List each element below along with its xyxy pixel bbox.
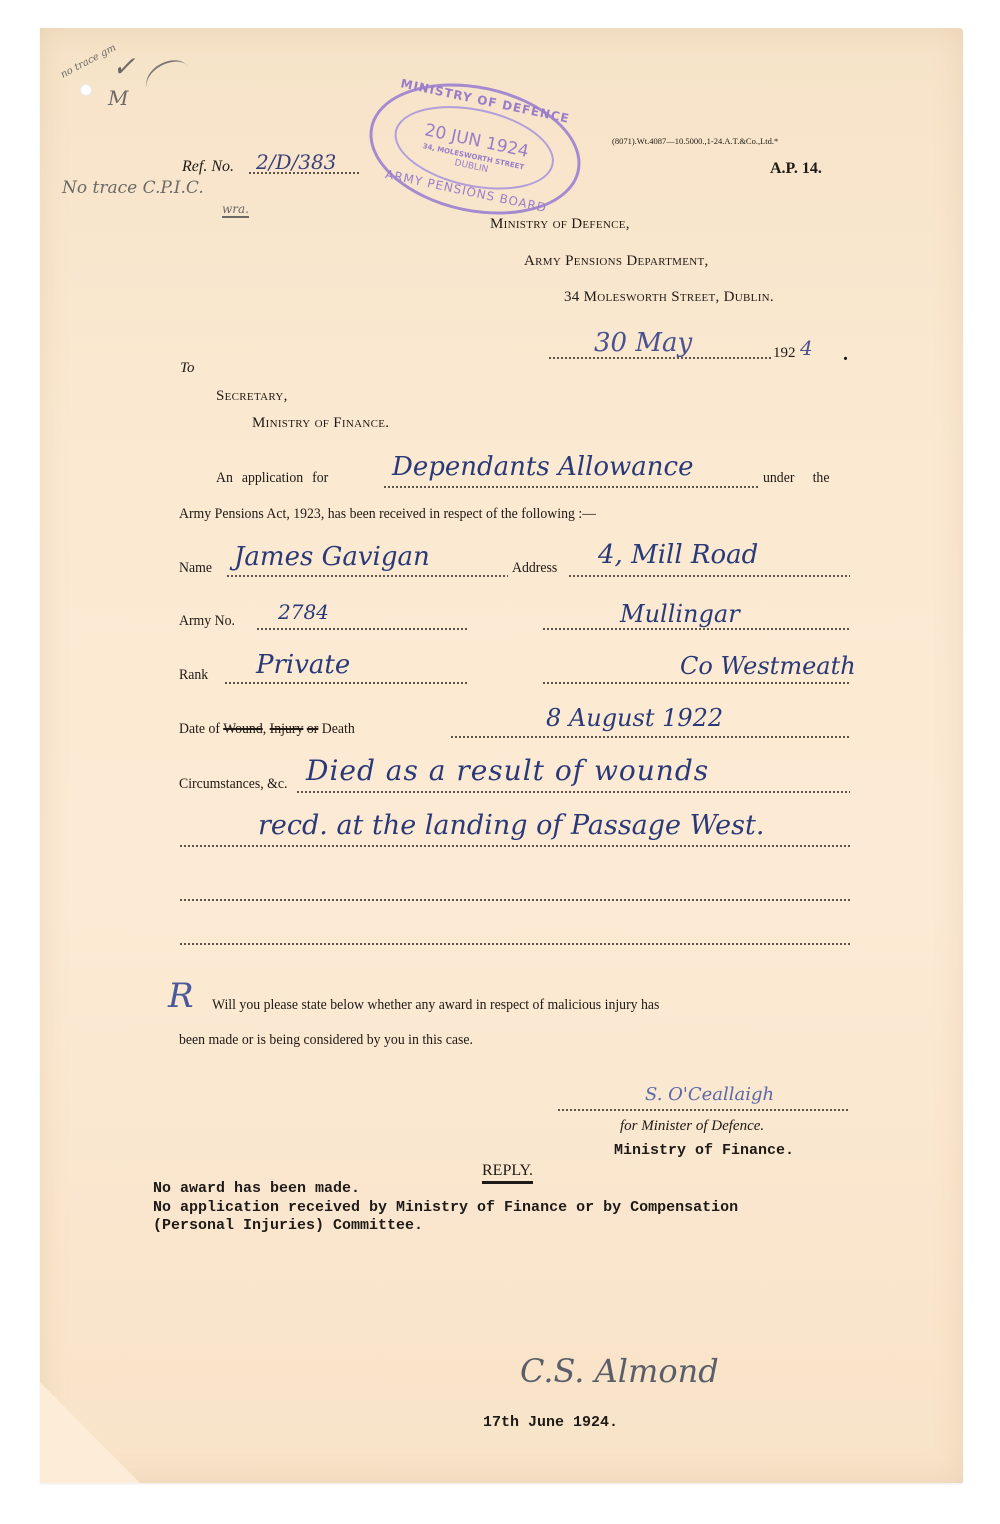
pencil-margin-note: No trace C.P.I.C. [62, 178, 204, 198]
date-period: . [843, 343, 848, 366]
intro-line-2: Army Pensions Act, 1923, has been receiv… [179, 506, 596, 523]
army-no-label: Army No. [179, 613, 235, 630]
application-type-value: Dependants Allowance [392, 452, 693, 482]
signature-dotted-line [557, 1109, 849, 1111]
address-dotted-line-1 [568, 575, 850, 577]
date-label-death: Death [318, 721, 354, 737]
name-value: James Gavigan [234, 542, 430, 572]
circumstances-dotted-line-3 [179, 899, 850, 901]
ref-number: 2/D/383 [256, 150, 336, 174]
date-year-suffix: 4 [800, 336, 813, 360]
circumstances-line-2: recd. at the landing of Passage West. [258, 810, 764, 841]
sender-line-3: 34 Molesworth Street, Dublin. [564, 289, 774, 306]
sender-line-1: Ministry of Defence, [490, 216, 630, 233]
circumstances-dotted-line-4 [179, 943, 850, 945]
reply-signature: C.S. Almond [520, 1352, 719, 1390]
address-line-3: Co Westmeath [680, 652, 856, 680]
pencil-tick: ✓ [112, 50, 135, 83]
application-type-dotted-line [383, 486, 759, 488]
address-dotted-line-3 [542, 682, 850, 684]
reply-line-1: No award has been made. [153, 1180, 360, 1197]
name-label: Name [179, 560, 212, 577]
recipient-line-2: Ministry of Finance. [252, 415, 389, 432]
address-line-2: Mullingar [620, 600, 740, 628]
request-line-1: Will you please state below whether any … [212, 997, 659, 1014]
name-dotted-line [226, 575, 508, 577]
date-of-death-value: 8 August 1922 [546, 704, 723, 732]
date-of-death-dotted-line [450, 736, 850, 738]
pencil-margin-initials: wra. [222, 202, 249, 218]
reply-date: 17th June 1924. [483, 1414, 618, 1431]
intro-prefix: An application for [216, 470, 328, 487]
circumstances-label: Circumstances, &c. [179, 776, 287, 793]
rank-dotted-line [224, 682, 468, 684]
to-label: To [180, 360, 194, 377]
sender-line-2: Army Pensions Department, [524, 253, 709, 270]
punch-hole [80, 84, 92, 96]
date-label-or-struck: or [307, 721, 319, 737]
address-dotted-line-2 [542, 628, 850, 630]
intro-suffix: under the [763, 470, 829, 487]
address-label: Address [512, 560, 557, 577]
reply-ministry: Ministry of Finance. [614, 1142, 794, 1159]
date-of-death-label: Date of Wound, Injury or Death [179, 721, 355, 738]
date-handwritten: 30 May [594, 328, 692, 358]
reply-heading: REPLY. [482, 1162, 533, 1184]
circumstances-dotted-line-2 [179, 845, 850, 847]
request-mark: R [168, 976, 194, 1016]
ref-label: Ref. No. [182, 158, 234, 176]
date-label-sep1: , [263, 721, 270, 737]
rank-label: Rank [179, 667, 208, 684]
address-line-1: 4, Mill Road [598, 540, 758, 570]
request-line-2: been made or is being considered by you … [179, 1032, 473, 1049]
printer-imprint: (8071).Wt.4087—10.5000.,1-24.A.T.&Co.,Lt… [612, 136, 778, 146]
army-no-dotted-line [256, 628, 468, 630]
form-code: A.P. 14. [770, 160, 822, 178]
rank-value: Private [256, 650, 350, 680]
signature-handwritten: S. O'Ceallaigh [645, 1084, 774, 1105]
circumstances-line-1: Died as a result of wounds [306, 754, 709, 787]
signature-for-label: for Minister of Defence. [620, 1118, 764, 1135]
date-year-prefix: 192 [773, 345, 796, 362]
reply-line-2: No application received by Ministry of F… [153, 1199, 738, 1216]
recipient-line-1: Secretary, [216, 388, 288, 405]
pencil-initial: M [108, 86, 128, 110]
date-label-injury-struck: Injury [270, 721, 304, 737]
reply-line-3: (Personal Injuries) Committee. [153, 1217, 423, 1234]
date-label-prefix: Date of [179, 721, 223, 737]
circumstances-dotted-line-1 [296, 791, 850, 793]
army-no-value: 2784 [278, 600, 329, 624]
date-label-wound-struck: Wound [223, 721, 263, 737]
